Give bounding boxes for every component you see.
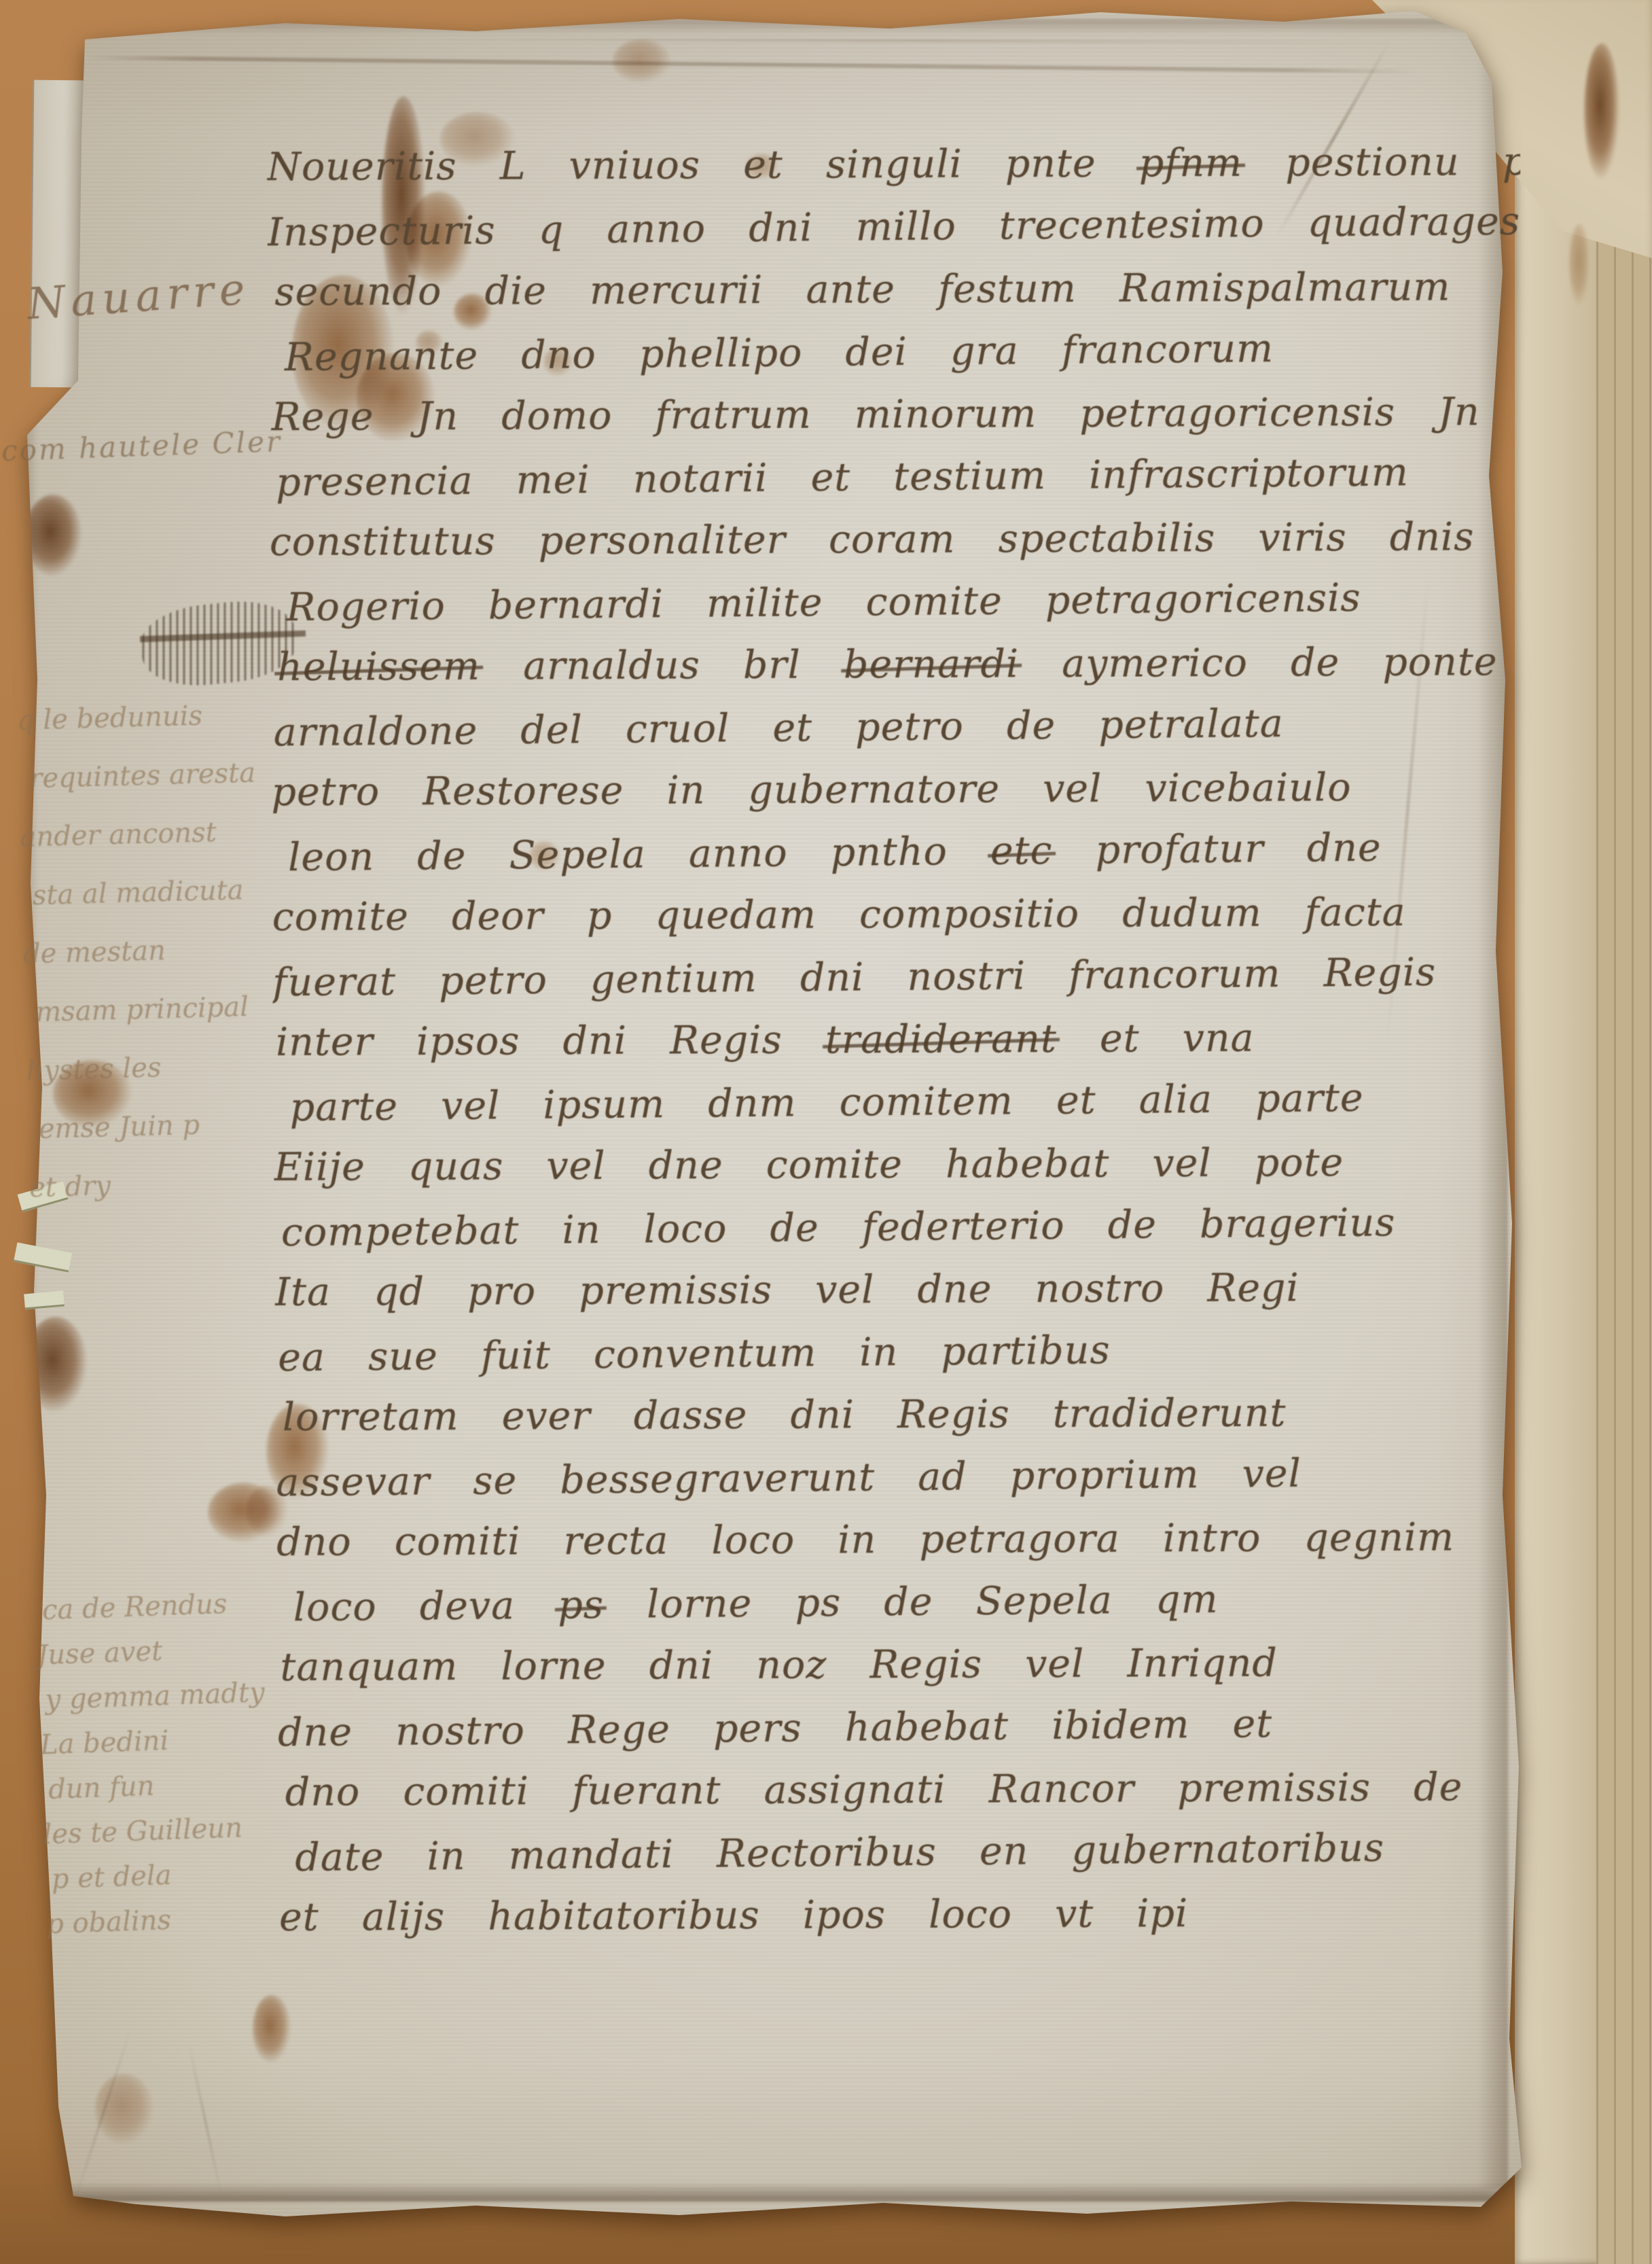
- text-line: fuerat petro gentium dni nostri francoru…: [272, 940, 1526, 1014]
- text-line: arnaldone del cruol et petro de petralat…: [270, 690, 1524, 764]
- manuscript-photo: Nauarre com hautele Cler q le bedunuisre…: [0, 0, 1652, 2264]
- margin-note-line: requintes aresta: [18, 742, 311, 808]
- text-line: parte vel ipsum dnm comitem et alia part…: [273, 1065, 1527, 1139]
- text-line: loco deva ps lorne ps de Sepela qm: [276, 1566, 1530, 1640]
- text-line: tanquam lorne dni noz Regis vel Inriqnd: [277, 1631, 1530, 1699]
- text-line: assevar se bessegraverunt ad proprium ve…: [276, 1440, 1530, 1515]
- text-line: et alijs habitatoribus ipos loco vt ipi: [279, 1881, 1532, 1949]
- text-line: secundo die mercurii ante festum Ramispa…: [268, 255, 1521, 323]
- main-text-block: Noueritis L vniuos et singuli pnte pfnm …: [267, 129, 1533, 1951]
- text-line: competebat in loco de federterio de brag…: [274, 1190, 1528, 1264]
- margin-note-line: ander anconst: [19, 800, 312, 866]
- text-line: dno comiti recta loco in petragora intro…: [276, 1506, 1530, 1574]
- text-line: Regnante dno phellipo dei gra francorum: [268, 315, 1522, 389]
- text-line: lorretam ever dasse dni Regis tradiderun…: [276, 1381, 1529, 1449]
- text-line: dne nostro Rege pers habebat ibidem et: [278, 1691, 1532, 1765]
- text-line: Inspecturis q anno dni millo trecentesim…: [267, 190, 1521, 264]
- text-line: leon de Sepela anno pntho etc profatur d…: [272, 815, 1526, 889]
- text-line: Rege Jn domo fratrum minorum petragorice…: [268, 381, 1522, 448]
- margin-note-line: sta al madicuta: [21, 859, 315, 925]
- text-line: dno comiti fuerant assignati Rancor prem…: [279, 1756, 1532, 1824]
- margin-note-navarre: Nauarre: [26, 264, 252, 330]
- text-line: comite deor p quedam compositio dudum fa…: [272, 881, 1526, 949]
- text-line: Eiije quas vel dne comite habebat vel po…: [274, 1131, 1527, 1199]
- text-line: Rogerio bernardi milite comite petragori…: [270, 565, 1524, 639]
- handwriting-layer: Nauarre com hautele Cler q le bedunuisre…: [0, 0, 1652, 2264]
- text-line: constitutus personaliter coram spectabil…: [270, 506, 1523, 573]
- text-line: ea sue fuit conventum in partibus: [275, 1315, 1529, 1390]
- text-line: Ita qd pro premissis vel dne nostro Regi: [274, 1256, 1528, 1324]
- text-line: presencia mei notarii et testium infrasc…: [269, 440, 1523, 514]
- text-line: heluissem arnaldus brl bernardi aymerico…: [270, 631, 1524, 698]
- text-line: Noueritis L vniuos et singuli pnte pfnm …: [267, 130, 1520, 198]
- text-line: inter ipsos dni Regis tradiderant et vna: [273, 1006, 1526, 1074]
- margin-note-line: q le bedunuis: [16, 684, 310, 750]
- margin-note-side: com hautele Cler: [1, 425, 282, 467]
- text-line: petro Restorese in gubernatore vel viceb…: [271, 756, 1524, 824]
- text-line: date in mandati Rectoribus en gubernator…: [279, 1816, 1532, 1890]
